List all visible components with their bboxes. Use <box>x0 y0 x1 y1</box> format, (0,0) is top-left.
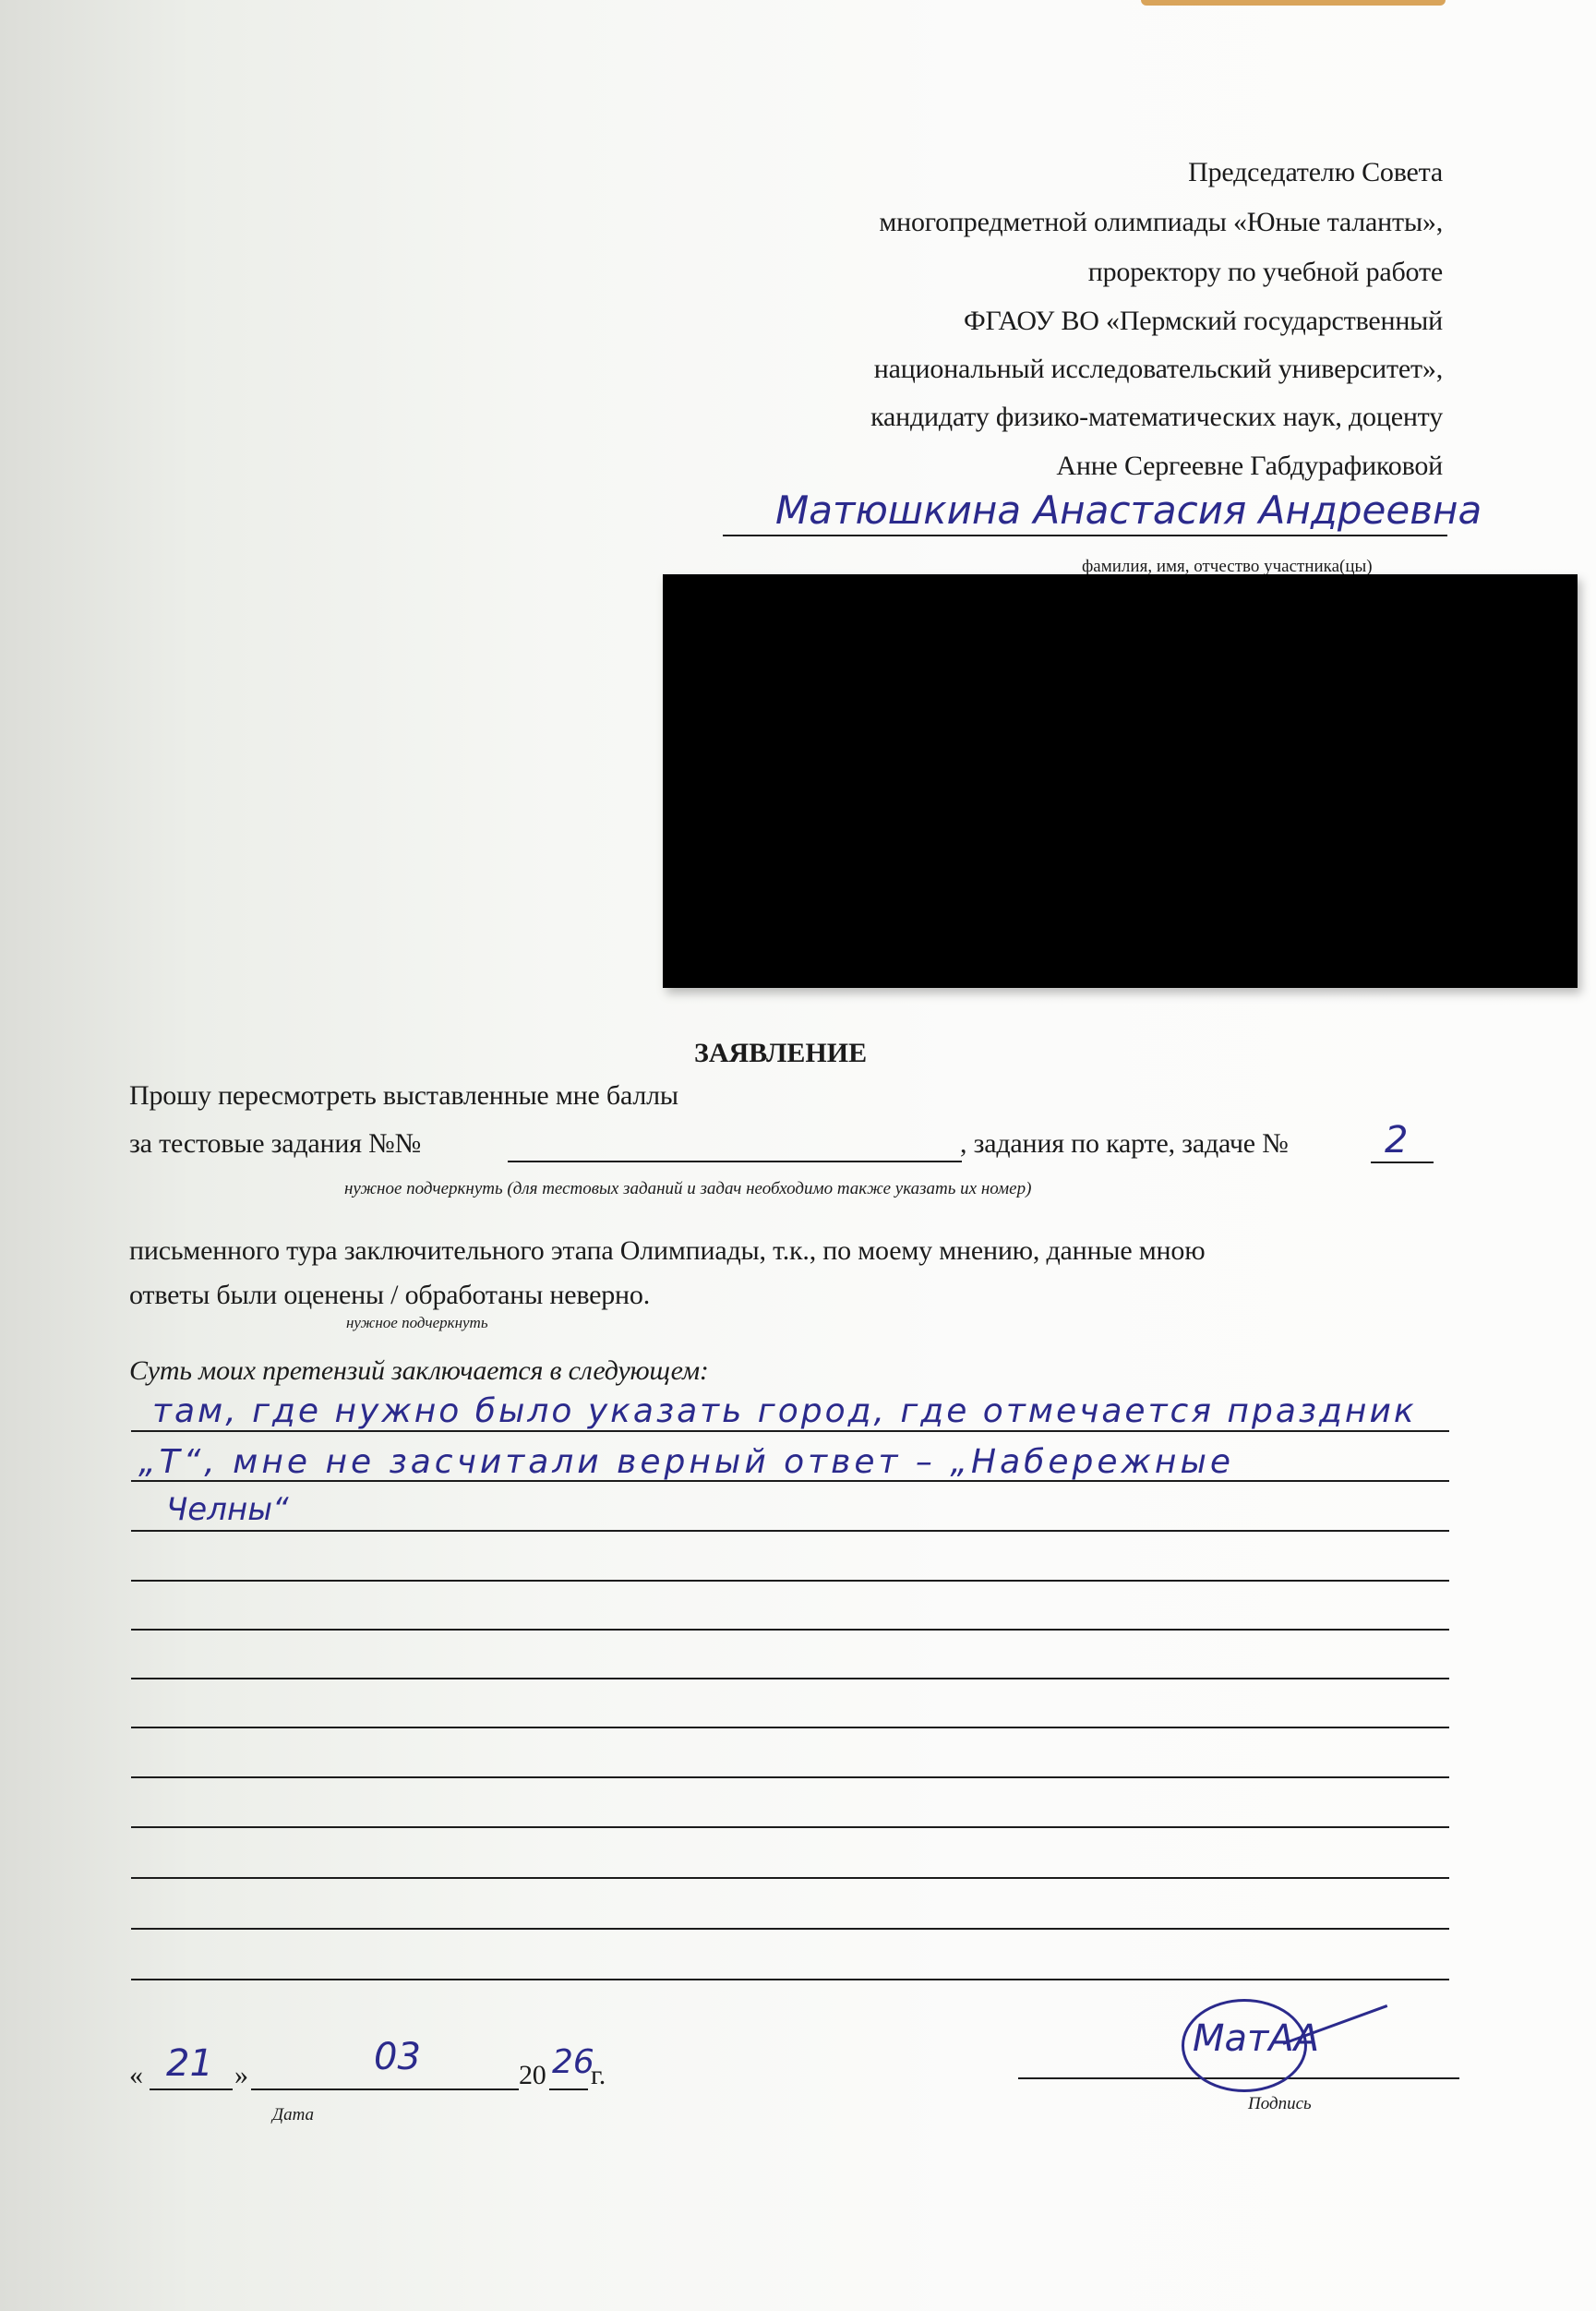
date-day-handwritten: 21 <box>166 2042 213 2085</box>
claim-rule <box>131 1530 1449 1532</box>
date-year-handwritten: 26 <box>552 2043 594 2081</box>
date-close-quote: » <box>234 2062 248 2089</box>
claim-rule <box>131 1979 1449 1980</box>
task-number-handwritten: 2 <box>1385 1119 1408 1162</box>
claim-rule <box>131 1629 1449 1631</box>
claim-line-2: „Т“, мне не засчитали верный ответ – „На… <box>138 1443 1234 1481</box>
claim-rule <box>131 1877 1449 1879</box>
statement-title: ЗАЯВЛЕНИЕ <box>694 1038 867 1069</box>
claim-rule <box>131 1580 1449 1582</box>
test-tasks-field[interactable] <box>508 1161 962 1162</box>
addressee-line-4: ФГАОУ ВО «Пермский государственный <box>964 307 1443 335</box>
note-underline: нужное подчеркнуть <box>346 1314 488 1332</box>
applicant-name-underline <box>723 535 1447 536</box>
claim-rule <box>131 1678 1449 1679</box>
claim-rule <box>131 1928 1449 1930</box>
statement-line-2-prefix: за тестовые задания №№ <box>129 1130 421 1158</box>
statement-line-1: Прошу пересмотреть выставленные мне балл… <box>129 1082 678 1110</box>
applicant-name-handwritten: Матюшкина Анастасия Андреевна <box>775 487 1482 533</box>
date-day-field[interactable] <box>150 2088 233 2090</box>
claim-line-3: Челны“ <box>166 1491 289 1528</box>
binder-clip <box>1141 0 1446 6</box>
date-year-prefix: 20 <box>519 2062 546 2089</box>
task-number-field[interactable] <box>1371 1162 1434 1163</box>
redaction-box <box>663 574 1578 988</box>
note-underline-tasks: нужное подчеркнуть (для тестовых заданий… <box>344 1179 1031 1199</box>
addressee-line-3: проректору по учебной работе <box>1088 259 1443 286</box>
addressee-line-7: Анне Сергеевне Габдурафиковой <box>1056 452 1443 480</box>
date-year-field[interactable] <box>549 2088 588 2090</box>
claim-rule <box>131 1826 1449 1828</box>
signature-caption: Подпись <box>1248 2094 1312 2114</box>
date-caption: Дата <box>272 2105 314 2125</box>
claim-rule <box>131 1430 1449 1432</box>
date-month-handwritten: 03 <box>374 2036 421 2078</box>
addressee-line-6: кандидату физико-математических наук, до… <box>870 403 1443 431</box>
statement-line-2-middle: , задания по карте, задаче № <box>960 1130 1289 1158</box>
date-year-unit: г. <box>591 2062 606 2089</box>
addressee-line-2: многопредметной олимпиады «Юные таланты»… <box>879 209 1443 236</box>
statement-line-3: письменного тура заключительного этапа О… <box>129 1237 1205 1265</box>
addressee-line-1: Председателю Совета <box>1188 159 1443 187</box>
claims-heading: Суть моих претензий заключается в следую… <box>129 1357 709 1385</box>
date-open-quote: « <box>129 2062 143 2089</box>
claim-rule <box>131 1776 1449 1778</box>
addressee-line-5: национальный исследовательский университ… <box>874 355 1443 383</box>
claim-line-1: там, где нужно было указать город, где о… <box>152 1392 1417 1430</box>
date-month-field[interactable] <box>251 2088 519 2090</box>
statement-line-4: ответы были оценены / обработаны неверно… <box>129 1282 650 1309</box>
signature-handwritten: МатАА <box>1193 2017 1319 2060</box>
claim-rule <box>131 1727 1449 1728</box>
claim-rule <box>131 1480 1449 1482</box>
